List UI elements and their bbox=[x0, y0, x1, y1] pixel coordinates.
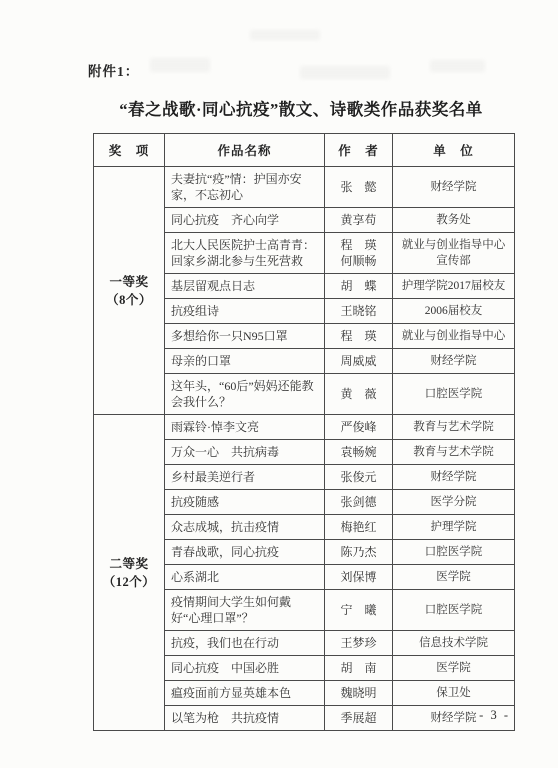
unit-cell: 护理学院 bbox=[393, 515, 515, 540]
scan-artifact bbox=[430, 60, 485, 72]
author-cell: 程 瑛 bbox=[325, 324, 393, 349]
unit-cell: 口腔医学院 bbox=[393, 590, 515, 631]
award-group-count: （8个） bbox=[96, 291, 162, 309]
author-cell: 梅艳红 bbox=[325, 515, 393, 540]
award-group-label: 一等奖 bbox=[96, 273, 162, 291]
header-row: 奖 项 作品名称 作 者 单 位 bbox=[94, 134, 515, 167]
author-cell: 张 懿 bbox=[325, 167, 393, 208]
work-title-cell: 抗疫随感 bbox=[165, 490, 325, 515]
unit-cell: 2006届校友 bbox=[393, 299, 515, 324]
work-title-cell: 抗疫，我们也在行动 bbox=[165, 631, 325, 656]
table-body: 一等奖 （8个） 夫妻抗“疫”情：护国亦安家，不忘初心 张 懿 财经学院 同心抗… bbox=[94, 167, 515, 731]
column-header-work: 作品名称 bbox=[165, 134, 325, 167]
unit-cell: 教育与艺术学院 bbox=[393, 415, 515, 440]
author-cell: 程 瑛 何顺畅 bbox=[325, 233, 393, 274]
author-cell: 周威威 bbox=[325, 349, 393, 374]
work-title-cell: 万众一心 共抗病毒 bbox=[165, 440, 325, 465]
author-cell: 黄 薇 bbox=[325, 374, 393, 415]
unit-cell: 教务处 bbox=[393, 208, 515, 233]
work-title-cell: 基层留观点日志 bbox=[165, 274, 325, 299]
column-header-unit: 单 位 bbox=[393, 134, 515, 167]
author-cell: 刘保博 bbox=[325, 565, 393, 590]
scan-artifact bbox=[150, 58, 210, 72]
author-cell: 袁畅婉 bbox=[325, 440, 393, 465]
unit-cell: 财经学院 bbox=[393, 349, 515, 374]
unit-cell: 口腔医学院 bbox=[393, 374, 515, 415]
unit-cell: 财经学院 bbox=[393, 465, 515, 490]
scan-artifact bbox=[250, 30, 320, 40]
work-title-cell: 这年头，“60后”妈妈还能教会我什么？ bbox=[165, 374, 325, 415]
scan-artifact bbox=[300, 66, 390, 79]
work-title-cell: 抗疫组诗 bbox=[165, 299, 325, 324]
author-cell: 陈乃杰 bbox=[325, 540, 393, 565]
unit-cell: 护理学院2017届校友 bbox=[393, 274, 515, 299]
work-title-cell: 雨霖铃·悼李文亮 bbox=[165, 415, 325, 440]
unit-cell: 信息技术学院 bbox=[393, 631, 515, 656]
work-title-cell: 心系湖北 bbox=[165, 565, 325, 590]
page-number: - 3 - bbox=[479, 708, 510, 723]
unit-cell: 医学院 bbox=[393, 656, 515, 681]
column-header-award: 奖 项 bbox=[94, 134, 165, 167]
author-cell: 王梦珍 bbox=[325, 631, 393, 656]
unit-cell: 医学分院 bbox=[393, 490, 515, 515]
scanned-document-page: 附件1： “春之战歌·同心抗疫”散文、诗歌类作品获奖名单 奖 项 作品名称 作 … bbox=[0, 0, 558, 768]
author-cell: 张俊元 bbox=[325, 465, 393, 490]
work-title-cell: 乡村最美逆行者 bbox=[165, 465, 325, 490]
unit-cell: 口腔医学院 bbox=[393, 540, 515, 565]
author-cell: 季展超 bbox=[325, 706, 393, 731]
work-title-cell: 同心抗疫 中国必胜 bbox=[165, 656, 325, 681]
work-title-cell: 瘟疫面前方显英雄本色 bbox=[165, 681, 325, 706]
author-cell: 胡 南 bbox=[325, 656, 393, 681]
author-cell: 严俊峰 bbox=[325, 415, 393, 440]
work-title-cell: 母亲的口罩 bbox=[165, 349, 325, 374]
author-cell: 张剑德 bbox=[325, 490, 393, 515]
award-group-label: 二等奖 bbox=[96, 555, 162, 573]
unit-cell: 财经学院 bbox=[393, 167, 515, 208]
work-title-cell: 以笔为枪 共抗疫情 bbox=[165, 706, 325, 731]
work-title-cell: 同心抗疫 齐心向学 bbox=[165, 208, 325, 233]
table-row: 一等奖 （8个） 夫妻抗“疫”情：护国亦安家，不忘初心 张 懿 财经学院 bbox=[94, 167, 515, 208]
work-title-cell: 疫情期间大学生如何戴好“心理口罩”？ bbox=[165, 590, 325, 631]
unit-cell: 教育与艺术学院 bbox=[393, 440, 515, 465]
work-title-cell: 众志成城，抗击疫情 bbox=[165, 515, 325, 540]
work-title-cell: 多想给你一只N95口罩 bbox=[165, 324, 325, 349]
work-title-cell: 青春战歌，同心抗疫 bbox=[165, 540, 325, 565]
unit-cell: 就业与创业指导中心 bbox=[393, 324, 515, 349]
document-title: “春之战歌·同心抗疫”散文、诗歌类作品获奖名单 bbox=[90, 96, 512, 120]
author-cell: 王晓铭 bbox=[325, 299, 393, 324]
award-group-count: （12个） bbox=[96, 573, 162, 591]
work-title-cell: 北大人民医院护士高青青：回家乡湖北参与生死营救 bbox=[165, 233, 325, 274]
unit-cell: 医学院 bbox=[393, 565, 515, 590]
column-header-author: 作 者 bbox=[325, 134, 393, 167]
author-cell: 黄享苟 bbox=[325, 208, 393, 233]
author-cell: 魏晓明 bbox=[325, 681, 393, 706]
attachment-label: 附件1： bbox=[88, 60, 139, 80]
table-row: 二等奖 （12个） 雨霖铃·悼李文亮 严俊峰 教育与艺术学院 bbox=[94, 415, 515, 440]
award-group-cell: 二等奖 （12个） bbox=[94, 415, 165, 731]
unit-cell: 保卫处 bbox=[393, 681, 515, 706]
author-cell: 宁 曦 bbox=[325, 590, 393, 631]
award-group-cell: 一等奖 （8个） bbox=[94, 167, 165, 415]
unit-cell: 就业与创业指导中心 宣传部 bbox=[393, 233, 515, 274]
awards-table: 奖 项 作品名称 作 者 单 位 一等奖 （8个） 夫妻抗“疫”情：护国亦安家，… bbox=[93, 133, 515, 731]
work-title-cell: 夫妻抗“疫”情：护国亦安家，不忘初心 bbox=[165, 167, 325, 208]
author-cell: 胡 蝶 bbox=[325, 274, 393, 299]
table-header: 奖 项 作品名称 作 者 单 位 bbox=[94, 134, 515, 167]
